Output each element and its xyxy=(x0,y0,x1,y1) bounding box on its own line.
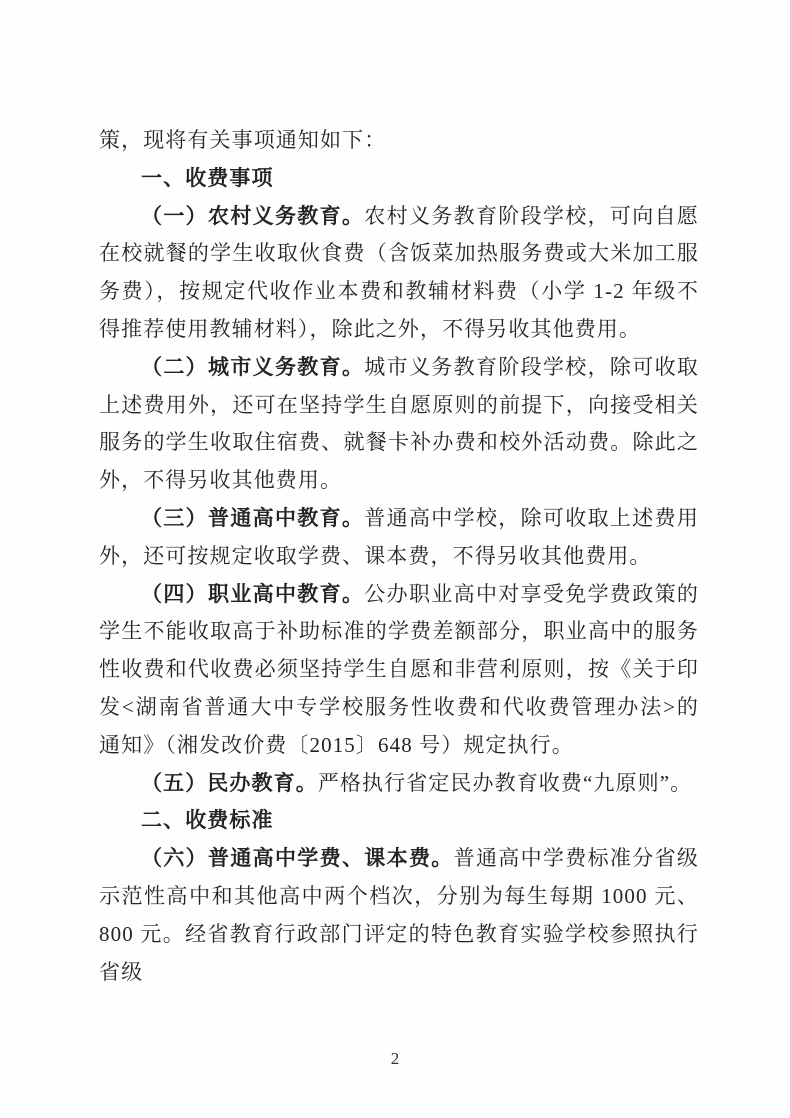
paragraph-lead: （五）民办教育。 xyxy=(141,771,318,795)
page-footer: 2 xyxy=(0,1046,790,1072)
page-number: 2 xyxy=(391,1049,400,1068)
section-heading: 一、收费事项 xyxy=(99,160,699,198)
heading-text: 二、收费标准 xyxy=(141,808,274,832)
paragraph-lead: （四）职业高中教育。 xyxy=(141,582,364,606)
paragraph: （二）城市义务教育。城市义务教育阶段学校，除可收取上述费用外，还可在坚持学生自愿… xyxy=(99,349,699,500)
paragraph-lead: （二）城市义务教育。 xyxy=(141,355,364,379)
paragraph: （四）职业高中教育。公办职业高中对享受免学费政策的学生不能收取高于补助标准的学费… xyxy=(99,576,699,765)
document-body: 策，现将有关事项通知如下：一、收费事项（一）农村义务教育。农村义务教育阶段学校，… xyxy=(99,122,699,991)
document-page: 策，现将有关事项通知如下：一、收费事项（一）农村义务教育。农村义务教育阶段学校，… xyxy=(0,0,790,1118)
paragraph: 策，现将有关事项通知如下： xyxy=(99,122,699,160)
paragraph-lead: （三）普通高中教育。 xyxy=(141,506,364,530)
paragraph-lead: （六）普通高中学费、课本费。 xyxy=(141,846,454,870)
paragraph-lead: （一）农村义务教育。 xyxy=(141,204,364,228)
heading-text: 一、收费事项 xyxy=(141,166,274,190)
paragraph: （五）民办教育。严格执行省定民办教育收费“九原则”。 xyxy=(99,765,699,803)
section-heading: 二、收费标准 xyxy=(99,802,699,840)
paragraph: （一）农村义务教育。农村义务教育阶段学校，可向自愿在校就餐的学生收取伙食费（含饭… xyxy=(99,198,699,349)
paragraph: （三）普通高中教育。普通高中学校，除可收取上述费用外，还可按规定收取学费、课本费… xyxy=(99,500,699,576)
paragraph: （六）普通高中学费、课本费。普通高中学费标准分省级示范性高中和其他高中两个档次，… xyxy=(99,840,699,991)
